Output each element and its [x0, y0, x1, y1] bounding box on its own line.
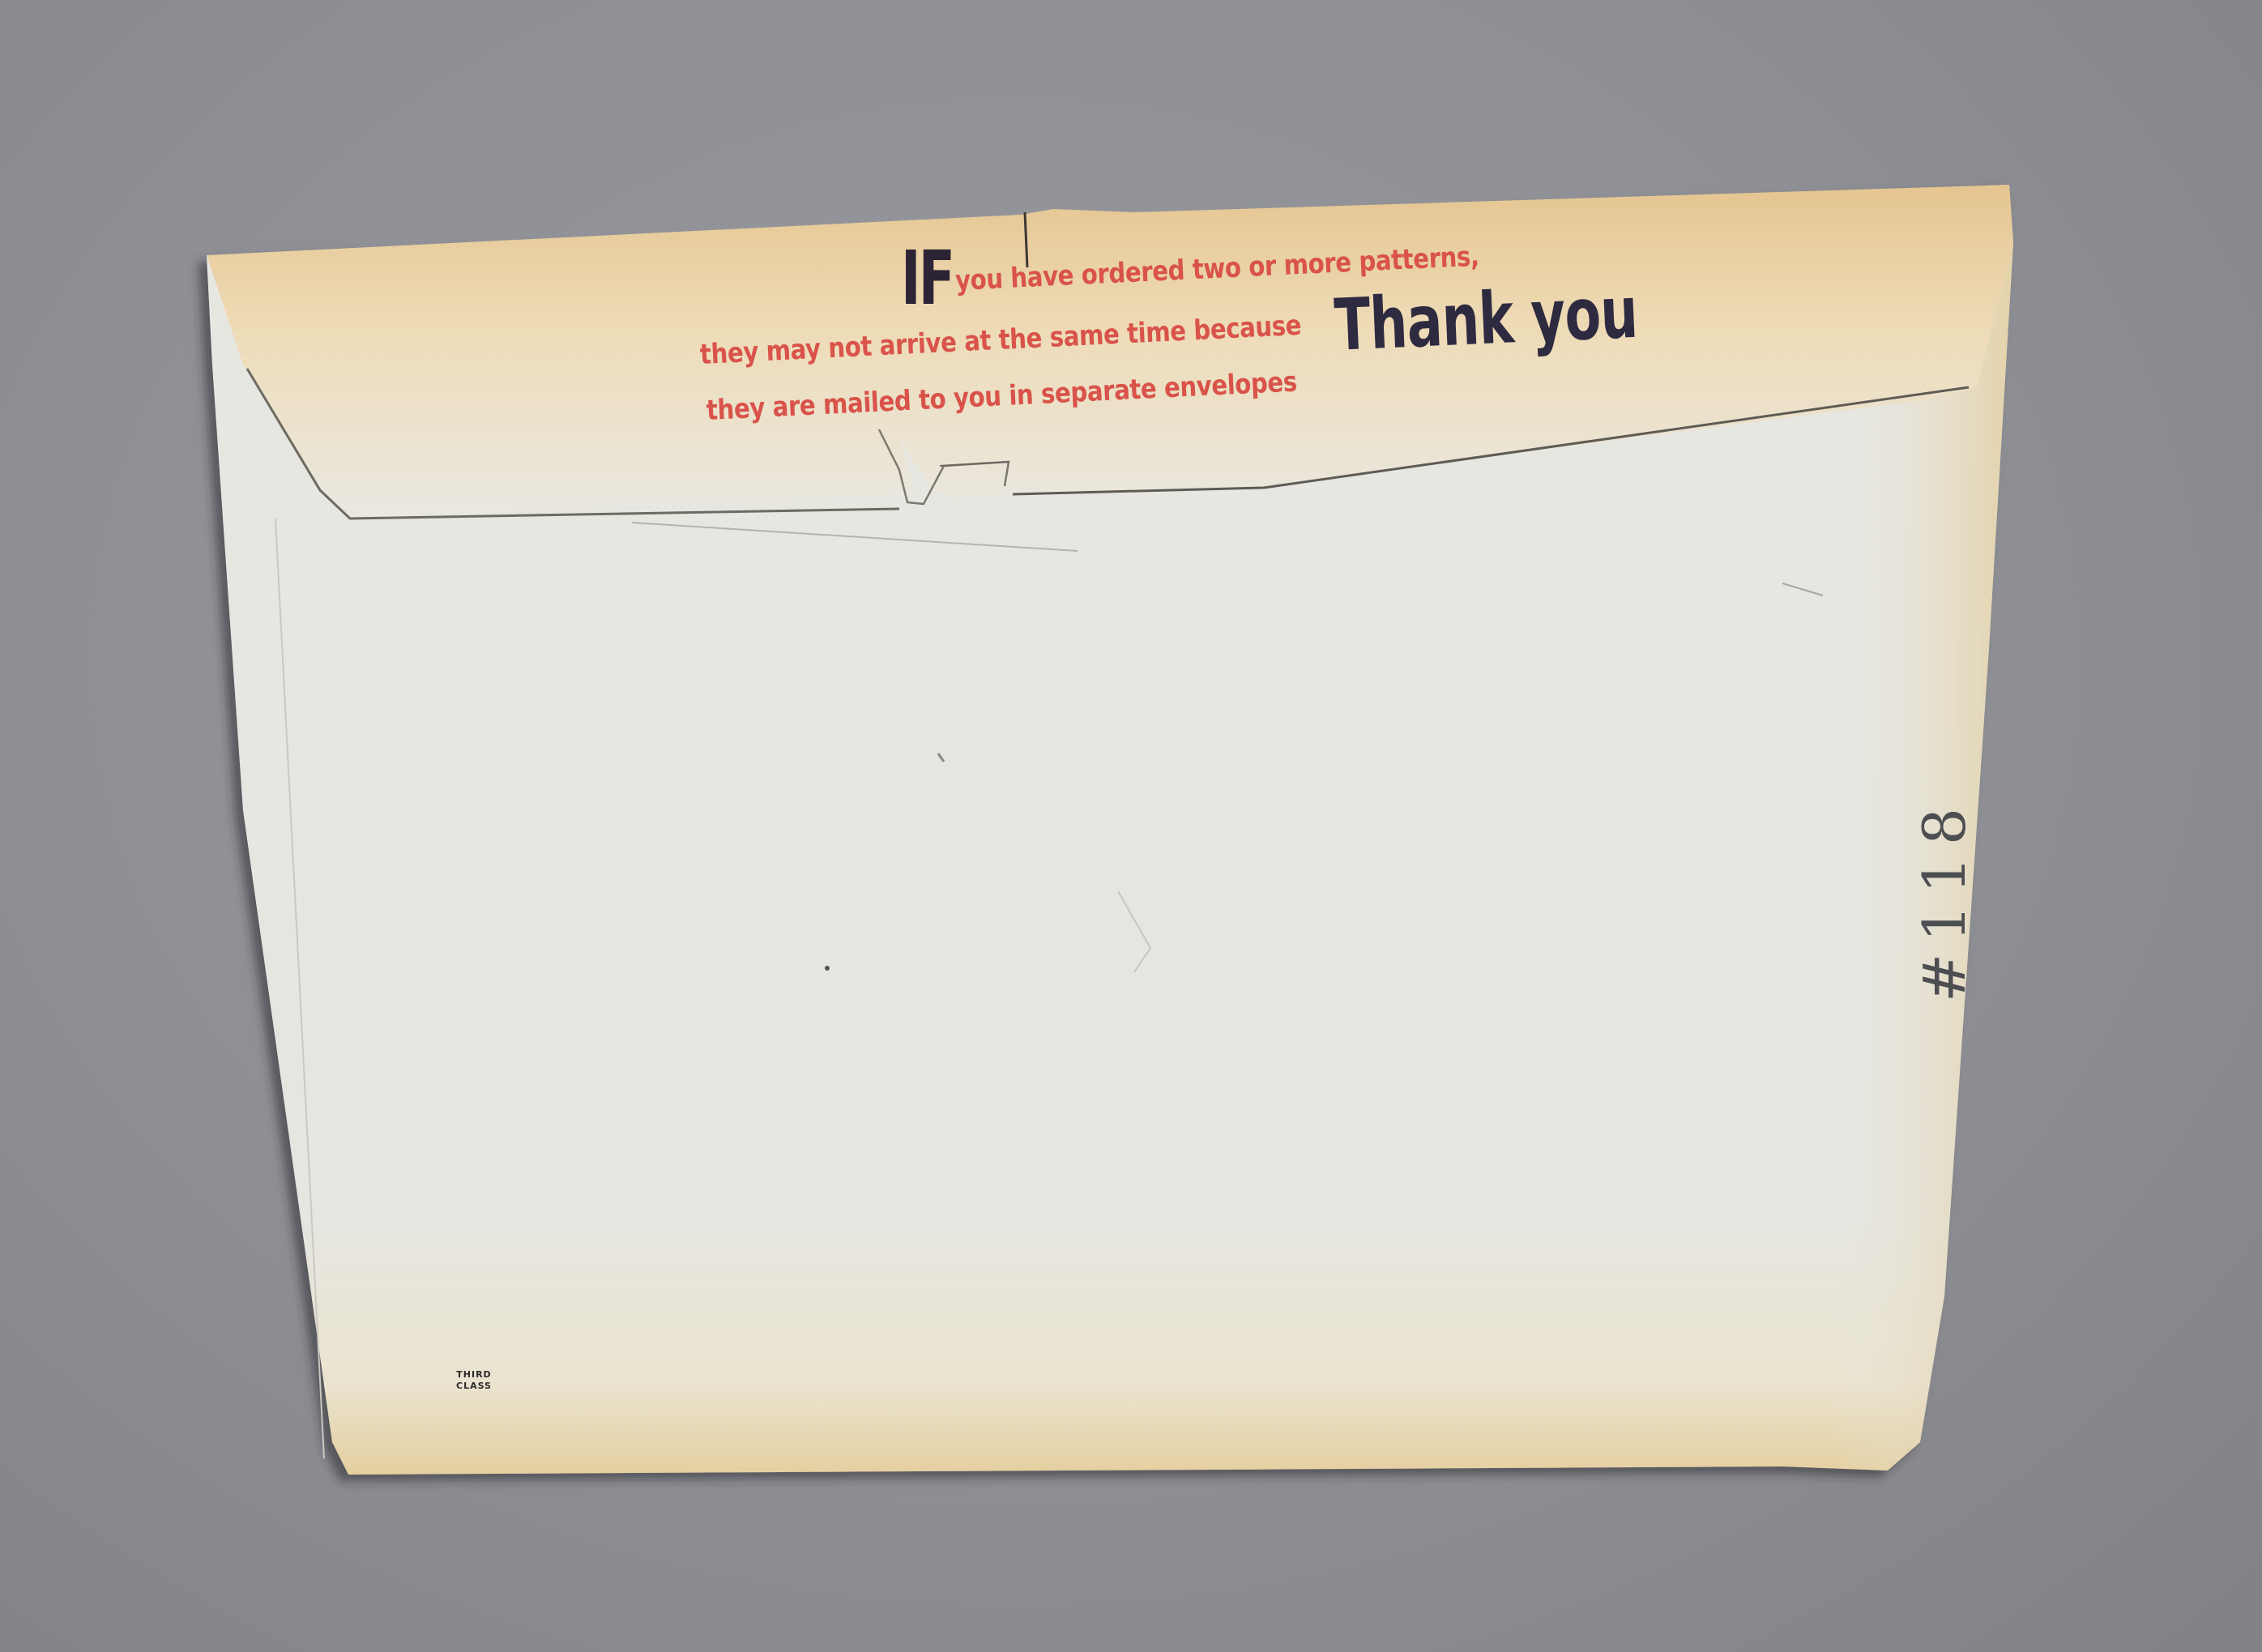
- third-class-line-1: THIRD: [456, 1369, 492, 1381]
- photo-scene: IF you have ordered two or more patterns…: [0, 0, 2262, 1652]
- if-heading: IF: [901, 235, 953, 322]
- thank-you-text: Thank you: [1333, 271, 1639, 367]
- third-class-mark: THIRD CLASS: [456, 1369, 492, 1392]
- pattern-number: #118: [1910, 816, 1978, 1002]
- third-class-line-2: CLASS: [456, 1381, 492, 1392]
